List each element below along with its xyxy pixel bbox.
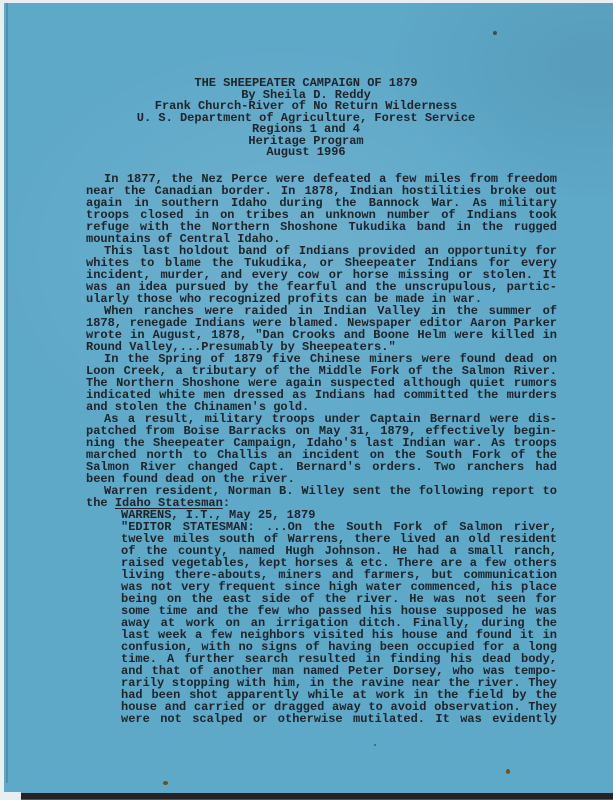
scan-speck (506, 769, 510, 774)
paragraph: In 1877, the Nez Perce were defeated a f… (86, 173, 557, 245)
document-body: In 1877, the Nez Perce were defeated a f… (86, 173, 557, 725)
paragraph: When ranches were raided in Indian Valle… (86, 305, 557, 353)
scan-speck (163, 781, 168, 785)
scan-speck (430, 104, 432, 106)
paragraph: This last holdout band of Indians provid… (86, 245, 557, 305)
text-line: were not scalped or otherwise mutilated.… (121, 713, 557, 725)
scan-speck (493, 31, 497, 35)
paragraph: As a result, military troops under Capta… (86, 413, 557, 485)
scan-edge-shadow (6, 3, 8, 783)
paragraph: In the Spring of 1879 five Chinese miner… (86, 353, 557, 413)
paragraph: Warren resident, Norman B. Willey sent t… (86, 485, 557, 509)
quoted-letter-paragraph: "EDITOR STATESMAN: ...On the South Fork … (121, 521, 557, 725)
document-page: THE SHEEPEATER CAMPAIGN OF 1879By Sheila… (0, 0, 613, 800)
text-segment: the (86, 496, 115, 510)
scan-speck (374, 744, 376, 746)
header-line: August 1996 (72, 147, 540, 159)
scan-edge-top (0, 0, 613, 3)
scan-edge-left (0, 0, 4, 800)
document-header: THE SHEEPEATER CAMPAIGN OF 1879By Sheila… (72, 78, 540, 159)
scan-corner-bottom-left (0, 792, 21, 800)
